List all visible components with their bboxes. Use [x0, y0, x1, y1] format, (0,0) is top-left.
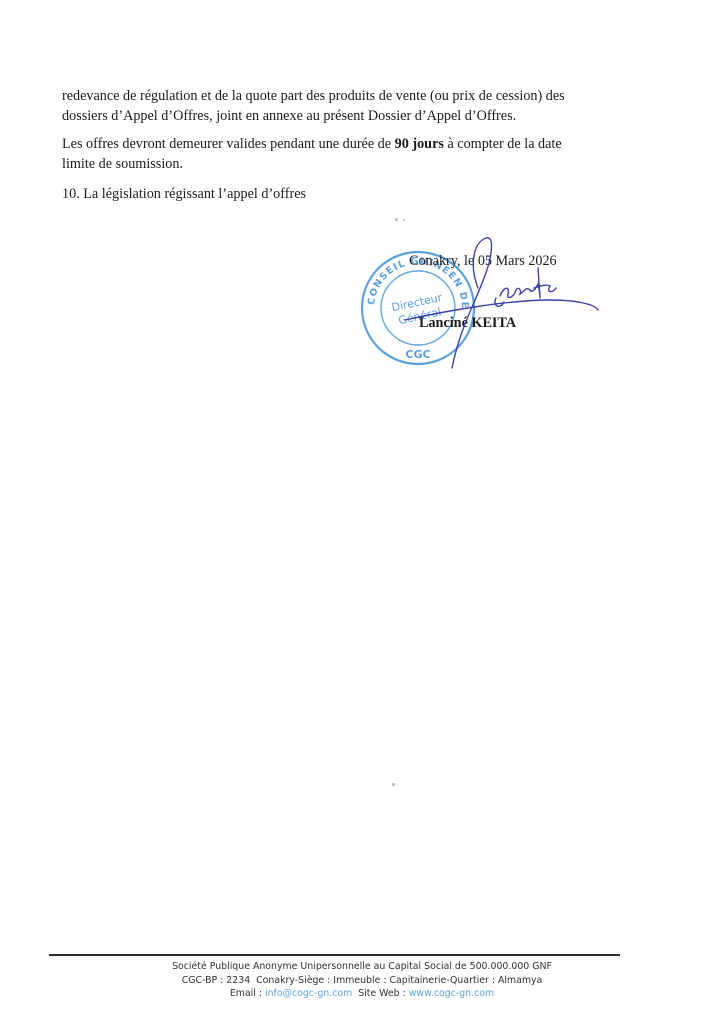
footer-contact: Email : info@cogc-gn.com Site Web : www.… — [0, 987, 724, 1001]
paragraph-line: limite de soumission. — [62, 154, 582, 174]
paragraph-line: dossiers d’Appel d’Offres, joint en anne… — [62, 106, 582, 126]
footer-divider — [49, 954, 620, 956]
paragraph-line: redevance de régulation et de la quote p… — [62, 86, 582, 106]
email-link[interactable]: info@cogc-gn.com — [265, 988, 352, 999]
email-label: Email : — [230, 988, 265, 999]
text-segment: Les offres devront demeurer valides pend… — [62, 136, 395, 152]
signatory-name: Lanciné KEITA — [419, 315, 516, 332]
paragraph-fee: redevance de régulation et de la quote p… — [62, 86, 582, 126]
footer: Société Publique Anonyme Unipersonnelle … — [0, 960, 724, 1001]
text-segment: à compter de la date — [444, 136, 562, 152]
document-page: redevance de régulation et de la quote p… — [0, 0, 724, 1024]
scan-speck — [392, 783, 395, 786]
scan-speck — [395, 218, 398, 221]
scan-speck — [403, 219, 405, 221]
website-label: Site Web : — [352, 988, 409, 999]
footer-address: CGC-BP : 2234 Conakry-Siège : Immeuble :… — [0, 974, 724, 988]
footer-company-info: Société Publique Anonyme Unipersonnelle … — [0, 960, 724, 974]
validity-duration: 90 jours — [395, 136, 444, 152]
website-link[interactable]: www.cogc-gn.com — [409, 988, 494, 999]
stamp-bottom-text: CGC — [405, 348, 430, 361]
paragraph-validity: Les offres devront demeurer valides pend… — [62, 134, 582, 174]
section-heading-legislation: 10. La législation régissant l’appel d’o… — [62, 184, 582, 204]
paragraph-line: Les offres devront demeurer valides pend… — [62, 134, 582, 154]
place-date: Conakry, le 05 Mars 2026 — [409, 253, 557, 270]
